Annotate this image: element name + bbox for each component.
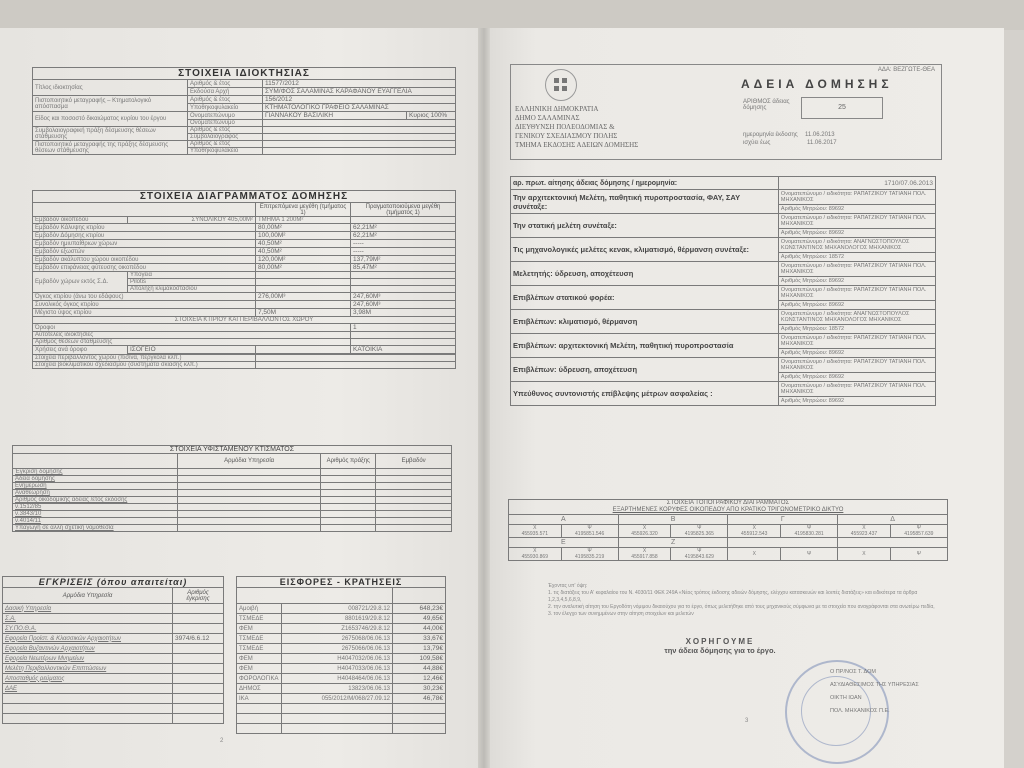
ownership-field-label: Συμβολαιογράφος [188, 134, 263, 141]
existing-cell [321, 497, 376, 504]
contribution-name: ΦΟΡΟΛΟΓΙΚΑ [237, 674, 282, 684]
existing-title: ΣΤΟΙΧΕΙΑ ΥΦΙΣΤΑΜΕΝΟΥ ΚΤΙΣΜΑΤΟΣ [13, 446, 452, 454]
diagram-table: ΣΤΟΙΧΕΙΑ ΔΙΑΓΡΑΜΜΑΤΟΣ ΔΟΜΗΣΗΣ Επιτρεπόμε… [32, 190, 456, 369]
existing-cell [376, 483, 452, 490]
approval-service: Δασική Υπηρεσία [3, 604, 173, 614]
topo-point-name [838, 538, 948, 548]
approval-row: Εφορεία Βυζαντινών Αρχαιοτήτων [3, 644, 224, 654]
engineer-name: Ονοματεπώνυμο / ειδικότητα: ΑΝΑΓΝΩΣΤΟΠΟΥ… [778, 310, 935, 325]
note-item: 3. τον έλεγχο των συνημμένων στην αίτηση… [548, 611, 948, 618]
topo-y: Ψ 4195830.281 [781, 525, 838, 538]
signature-line: ΟΙΚΤΗ ΙΩΑΝ [830, 692, 919, 705]
note-item: 1. τις διατάξεις του Α' κεφαλαίου του Ν.… [548, 590, 948, 604]
contribution-ref [281, 704, 392, 714]
diagram-actual: ----- [351, 248, 456, 256]
approvals-col-service: Αρμόδια Υπηρεσία [3, 588, 173, 604]
engineer-row: Επιβλέπων: κλιματισμό, θέρμανσηΟνοματεπώ… [511, 310, 936, 325]
contribution-amount: 44,00€ [393, 624, 446, 634]
topo-x: Χ [838, 548, 891, 561]
approval-number [173, 694, 224, 704]
ownership-field-label: Αριθμός & έτος [188, 141, 263, 148]
engineer-name: Ονοματεπώνυμο / ειδικότητα: ΡΑΠΑΤΖΙΚΟΥ Τ… [778, 286, 935, 301]
notes-intro: Έχοντας υπ' όψη: [548, 583, 948, 590]
contribution-ref: 2675066/06.06.13 [281, 644, 392, 654]
existing-cell [376, 511, 452, 518]
contribution-amount: 109,58€ [393, 654, 446, 664]
engineer-role: Υπεύθυνος συντονιστής επίβλεψης μέτρων α… [511, 382, 779, 406]
environment-label: Αυτοτελείς ιδιοκτησίες [33, 332, 351, 339]
engineer-name: Ονοματεπώνυμο / ειδικότητα: ΡΑΠΑΤΖΙΚΟΥ Τ… [778, 262, 935, 277]
diagram-actual: 247,60Μ³ [351, 293, 456, 301]
approval-service: Αποσταθμός ρεύματος [3, 674, 173, 684]
approval-row [3, 704, 224, 714]
existing-cell [178, 518, 321, 525]
environment-value [351, 339, 456, 346]
diagram-allowed: 40,50Μ² [256, 248, 351, 256]
authority-line: ΕΛΛΗΝΙΚΗ ΔΗΜΟΚΡΑΤΙΑ [515, 105, 638, 114]
diagram-label: Όγκος κτιρίου (άνω του εδάφους) [33, 293, 256, 301]
engineer-role: Την στατική μελέτη συνέταξε: [511, 214, 779, 238]
ownership-field-label: Αριθμός & έτος [188, 96, 263, 104]
grant-text: ΧΟΡΗΓΟΥΜΕ την άδεια δόμησης για το έργο. [630, 637, 810, 655]
diagram-actual: 3,98Μ [351, 309, 456, 317]
diagram-label: Εμβαδόν Κάλυψης κτιρίου [33, 224, 256, 232]
existing-cell [321, 504, 376, 511]
diagram-actual: 62,21Μ² [351, 224, 456, 232]
topo-point-name: Β [618, 515, 728, 525]
permit-header: ΕΛΛΗΝΙΚΗ ΔΗΜΟΚΡΑΤΙΑΔΗΜΟ ΣΑΛΑΜΙΝΑΣΔΙΕΥΘΥΝ… [510, 64, 942, 160]
existing-cell [178, 504, 321, 511]
engineer-registry: Αριθμός Μητρώου: 89692 [778, 397, 935, 406]
allowed-empty [256, 279, 351, 286]
engineer-role: Μελετητής: ύδρευση, αποχέτευση [511, 262, 779, 286]
engineer-row: Την αρχιτεκτονική Μελέτη, παθητική πυροπ… [511, 190, 936, 205]
ownership-field-value: ΓΙΑΝΝΑΚΟΥ ΒΑΣΙΛΙΚΗ [263, 112, 407, 120]
approval-number [173, 614, 224, 624]
outside-sd-item: Υπόγεια [128, 272, 256, 279]
col-allowed: Επιτρεπόμενα μεγέθη (τμήματος 1) [256, 203, 351, 217]
approvals-title: ΕΓΚΡΙΣΕΙΣ (όπου απαιτείται) [3, 577, 224, 588]
approval-number: 3974/6.6.12 [173, 634, 224, 644]
engineer-registry: Αριθμός Μητρώου: 89692 [778, 301, 935, 310]
diagram-row: Εμβαδόν εξωστών40,50Μ²----- [33, 248, 456, 256]
contribution-name: ΦΕΜ [237, 654, 282, 664]
engineer-registry: Αριθμός Μητρώου: 18572 [778, 253, 935, 262]
diagram-row: Συνολικός όγκος κτιρίου247,60Μ³ [33, 301, 456, 309]
existing-cell [321, 490, 376, 497]
topo-y: Ψ 4195825.365 [671, 525, 728, 538]
existing-row: Αναθεώρηση [13, 490, 452, 497]
existing-cell [376, 497, 452, 504]
topo-x: Χ [728, 548, 781, 561]
contribution-row: ΤΣΜΕΔΕ8801619/29.8.1249,65€ [237, 614, 446, 624]
ownership-row: Είδος και ποσοστό δικαιώματος κυρίου του… [33, 112, 456, 120]
ownership-field-label: Ονοματεπώνυμο [188, 120, 263, 127]
approval-service: Εφορεία Βυζαντινών Αρχαιοτήτων [3, 644, 173, 654]
existing-label: Άδεια δόμησης [13, 476, 178, 483]
existing-cell [376, 504, 452, 511]
contribution-name: ΤΣΜΕΔΕ [237, 634, 282, 644]
engineer-row: Τις μηχανολογικές μελέτες κενακ, κλιματι… [511, 238, 936, 253]
existing-cell [321, 483, 376, 490]
ada-code: ΑΔΑ: ΒΕΖΓΩΤΕ-ΘΕΑ [878, 67, 935, 73]
use-floor: ΙΣΟΓΕΙΟ [128, 346, 256, 354]
outside-sd-item: Pilotis [128, 279, 256, 286]
engineer-name: Ονοματεπώνυμο / ειδικότητα: ΡΑΠΑΤΖΙΚΟΥ Τ… [778, 190, 935, 205]
valid-date: 11.06.2017 [807, 140, 837, 146]
diagram-label: Εμβαδόν Δόμησης κτιρίου [33, 232, 256, 240]
approval-row: Μελέτη Περιβαλλοντικών Επιπτώσεων [3, 664, 224, 674]
existing-cell [376, 476, 452, 483]
ownership-field-label: Υποθηκοφυλακείο [188, 148, 263, 155]
contribution-name: ΦΕΜ [237, 664, 282, 674]
engineer-row: Υπεύθυνος συντονιστής επίβλεψης μέτρων α… [511, 382, 936, 397]
ownership-row: Συμβολαιογραφική πράξη δέσμευσης θέσεων … [33, 127, 456, 134]
issuing-authority: ΕΛΛΗΝΙΚΗ ΔΗΜΟΚΡΑΤΙΑΔΗΜΟ ΣΑΛΑΜΙΝΑΣΔΙΕΥΘΥΝ… [515, 105, 638, 150]
engineer-role: Την αρχιτεκτονική Μελέτη, παθητική πυροπ… [511, 190, 779, 214]
greek-emblem-icon [545, 69, 577, 101]
outside-sd-item: Απόληξη κλιμακοστασίου [128, 286, 256, 293]
engineer-name: Ονοματεπώνυμο / ειδικότητα: ΡΑΠΑΤΖΙΚΟΥ Τ… [778, 214, 935, 229]
diagram-label: Μέγιστο ύψος κτιρίου [33, 309, 256, 317]
existing-cell [376, 525, 452, 532]
existing-row: ν.1512/85 [13, 504, 452, 511]
ownership-label: Συμβολαιογραφική πράξη δέσμευσης θέσεων … [33, 127, 188, 141]
existing-cell [321, 511, 376, 518]
ownership-field-label: Εκδούσα Αρχή [188, 88, 263, 96]
engineers-table: αρ. πρωτ. αίτησης άδειας δόμησης / ημερο… [510, 176, 936, 406]
topo-y: Ψ 4195843.629 [671, 548, 728, 561]
diagram-allowed [256, 301, 351, 309]
approval-service: Σ.Α. [3, 614, 173, 624]
contribution-ref [281, 724, 392, 734]
engineer-name: Ονοματεπώνυμο / ειδικότητα: ΡΑΠΑΤΖΙΚΟΥ Τ… [778, 358, 935, 373]
approval-row: Σ.Α. [3, 614, 224, 624]
environment-row: Αυτοτελείς ιδιοκτησίες [33, 332, 456, 339]
signature-block: Ο ΠΡ/ΝΟΣ Τ. ΔΟΜΑΣΥΔΙΑΘΕΣΙΜΟΣ ΤΗΣ ΥΠΗΡΕΣΙ… [830, 666, 919, 718]
contribution-name: ΔΗΜΟΣ [237, 684, 282, 694]
environment-note: Στοιχεία βιοκλιματικού σχεδιασμού (συστή… [33, 362, 256, 369]
engineer-registry: Αριθμός Μητρώου: 89692 [778, 277, 935, 286]
approval-row [3, 714, 224, 724]
diagram-row: Μέγιστο ύψος κτιρίου7,50Μ3,98Μ [33, 309, 456, 317]
permit-number-label: ΑΡΙΘΜΟΣ άδειας δόμησης [743, 99, 795, 111]
diagram-outside-row: Εμβαδόν χώρων εκτός Σ.Δ.Υπόγεια [33, 272, 456, 279]
grant-title: ΧΟΡΗΓΟΥΜΕ [630, 637, 810, 646]
existing-label: ν.3843/10 [13, 511, 178, 518]
approval-service [3, 704, 173, 714]
outside-sd-label: Εμβαδόν χώρων εκτός Σ.Δ. [33, 272, 128, 293]
approval-number [173, 704, 224, 714]
contribution-amount [393, 714, 446, 724]
existing-header: Εμβαδόν [376, 454, 452, 469]
environment-note-row: Στοιχεία βιοκλιματικού σχεδιασμού (συστή… [33, 362, 456, 369]
topo-x: Χ 455923.437 [838, 525, 891, 538]
ownership-field-label: Αριθμός & έτος [188, 80, 263, 88]
ownership-field-value: 11577/2012 [263, 80, 456, 88]
existing-cell [178, 497, 321, 504]
topo-point-name: Ζ [618, 538, 728, 548]
approval-service: Μελέτη Περιβαλλοντικών Επιπτώσεων [3, 664, 173, 674]
approval-number [173, 664, 224, 674]
permit-number-box: 25 [801, 97, 883, 119]
contributions-table: ΕΙΣΦΟΡΕΣ - ΚΡΑΤΗΣΕΙΣ Αμοιβή008721/29.8.1… [236, 576, 446, 734]
application-label: αρ. πρωτ. αίτησης άδειας δόμησης / ημερο… [511, 177, 779, 190]
ownership-row: Πιστοποιητικό μεταγραφής της πράξης δέσμ… [33, 141, 456, 148]
ownership-label: Τίτλος ιδιοκτησίας [33, 80, 188, 96]
existing-cell [178, 483, 321, 490]
ownership-title: ΣΤΟΙΧΕΙΑ ΙΔΙΟΚΤΗΣΙΑΣ [33, 68, 456, 80]
signature-line: ΠΟΛ. ΜΗΧΑΝΙΚΟΣ Π.Ε. [830, 705, 919, 718]
contribution-row: Αμοιβή008721/29.8.12648,23€ [237, 604, 446, 614]
topo-x: Χ 455912.543 [728, 525, 781, 538]
approval-service: ΣΥ.ΠΟ.Θ.Α. [3, 624, 173, 634]
topo-point-name: Α [509, 515, 619, 525]
topo-x: Χ 455926.320 [618, 525, 671, 538]
approvals-table: ΕΓΚΡΙΣΕΙΣ (όπου απαιτείται) Αρμόδια Υπηρ… [2, 576, 224, 724]
note-value [256, 362, 456, 369]
engineer-registry: Αριθμός Μητρώου: 89692 [778, 229, 935, 238]
col-actual: Πραγματοποιούμενα μεγέθη (τμήματος 1) [351, 203, 456, 217]
approval-number [173, 714, 224, 724]
actual-empty [351, 286, 456, 293]
approval-row: Αποσταθμός ρεύματος [3, 674, 224, 684]
environment-label: Αριθμός θέσεων στάθμευσης [33, 339, 351, 346]
contribution-ref: 008721/29.8.12 [281, 604, 392, 614]
diagram-label: Συνολικός όγκος κτιρίου [33, 301, 256, 309]
topo-y: Ψ 4195857.639 [890, 525, 947, 538]
topo-point-name: Δ [838, 515, 948, 525]
contribution-name [237, 704, 282, 714]
existing-row: Ενημέρωση [13, 483, 452, 490]
issue-date-label: ημερομηνία έκδοσης [743, 131, 805, 139]
approval-row: ΣΥ.ΠΟ.Θ.Α. [3, 624, 224, 634]
diagram-row: Εμβαδόν Δόμησης κτιρίου100,00Μ²62,21Μ² [33, 232, 456, 240]
signature-line: Ο ΠΡ/ΝΟΣ Τ. ΔΟΜ [830, 666, 919, 679]
diagram-row: Εμβαδόν ακάλυπτου χώρου οικοπέδου120,00Μ… [33, 256, 456, 264]
contribution-amount: 49,65€ [393, 614, 446, 624]
diagram-row: Όγκος κτιρίου (άνω του εδάφους)276,00Μ³2… [33, 293, 456, 301]
existing-cell [178, 476, 321, 483]
topo-x: Χ 455917.858 [618, 548, 671, 561]
diagram-allowed: 100,00Μ² [256, 232, 351, 240]
environment-row: Αριθμός θέσεων στάθμευσης [33, 339, 456, 346]
existing-cell [178, 525, 321, 532]
engineer-name: Ονοματεπώνυμο / ειδικότητα: ΡΑΠΑΤΖΙΚΟΥ Τ… [778, 382, 935, 397]
valid-date-label: ισχύει έως [743, 139, 807, 147]
existing-header: Αρμόδια Υπηρεσία [178, 454, 321, 469]
ownership-field-value [263, 141, 456, 148]
existing-row: Υπαγωγή σε άλλη σχετική νομοθεσία [13, 525, 452, 532]
plot-area-section: ΤΜΗΜΑ 1 200Μ² [256, 217, 351, 224]
contribution-name: ΙΚΑ [237, 694, 282, 704]
permit-number: 25 [838, 104, 846, 111]
authority-line: ΔΙΕΥΘΥΝΣΗ ΠΟΛΕΟΔΟΜΙΑΣ & [515, 123, 638, 132]
plot-area-label: Εμβαδόν οικοπέδου [33, 217, 128, 224]
diagram-allowed: 276,00Μ³ [256, 293, 351, 301]
diagram-label: Εμβαδόν ακάλυπτου χώρου οικοπέδου [33, 256, 256, 264]
signature-line: ΑΣΥΔΙΑΘΕΣΙΜΟΣ ΤΗΣ ΥΠΗΡΕΣΙΑΣ [830, 679, 919, 692]
authority-line: ΤΜΗΜΑ ΕΚΔΟΣΗΣ ΑΔΕΙΩΝ ΔΟΜΗΣΗΣ [515, 141, 638, 150]
page-number-left: 2 [220, 738, 223, 744]
contribution-amount: 30,23€ [393, 684, 446, 694]
environment-note: Στοιχεία περιβάλλοντος χώρου (πισίνα, πέ… [33, 355, 256, 362]
existing-row: ν.3843/10 [13, 511, 452, 518]
existing-row: Αριθμός οικοδομικής άδειας /έτος έκδοσης [13, 497, 452, 504]
diagram-actual: 85,47Μ² [351, 264, 456, 272]
diagram-actual: ----- [351, 240, 456, 248]
topo-point-name [728, 538, 838, 548]
contribution-amount: 12,46€ [393, 674, 446, 684]
existing-cell [178, 490, 321, 497]
permit-title: ΑΔΕΙΑ ΔΟΜΗΣΗΣ [741, 77, 893, 91]
topo-y: Ψ [781, 548, 838, 561]
contribution-row: ΤΣΜΕΔΕ2675068/06.06.1333,67€ [237, 634, 446, 644]
ownership-field-value: 156/2012 [263, 96, 456, 104]
contribution-amount: 44,88€ [393, 664, 446, 674]
ownership-row: Πιστοποιητικό μεταγραφής – Κτηματολογικό… [33, 96, 456, 104]
contribution-amount: 13,79€ [393, 644, 446, 654]
contribution-ref: 2675068/06.06.13 [281, 634, 392, 644]
contribution-ref: Η4047032/06.06.13 [281, 654, 392, 664]
contribution-ref: 055/2012/Μ/068/27.09.12 [281, 694, 392, 704]
engineer-row: Επιβλέπων: ύδρευση, αποχέτευσηΟνοματεπών… [511, 358, 936, 373]
diagram-allowed: 80,00Μ² [256, 264, 351, 272]
contributions-title: ΕΙΣΦΟΡΕΣ - ΚΡΑΤΗΣΕΙΣ [237, 577, 446, 588]
contribution-amount: 46,78€ [393, 694, 446, 704]
grant-subtitle: την άδεια δόμησης για το έργο. [630, 646, 810, 655]
diagram-allowed: 80,00Μ² [256, 224, 351, 232]
engineer-row: Επιβλέπων στατικού φορέα:Ονοματεπώνυμο /… [511, 286, 936, 301]
contribution-amount: 33,67€ [393, 634, 446, 644]
approval-number [173, 604, 224, 614]
existing-label: ν.4014/11 [13, 518, 178, 525]
background [0, 0, 1024, 30]
contribution-row: ΦΟΡΟΛΟΓΙΚΑΗ4048464/06.06.1312,46€ [237, 674, 446, 684]
legal-notes: Έχοντας υπ' όψη: 1. τις διατάξεις του Α'… [548, 583, 948, 618]
diagram-row: Εμβαδόν Κάλυψης κτιρίου80,00Μ²62,21Μ² [33, 224, 456, 232]
engineer-role: Επιβλέπων στατικού φορέα: [511, 286, 779, 310]
contribution-name: ΦΕΜ [237, 624, 282, 634]
environment-row: Όροφοι1 [33, 324, 456, 332]
ownership-field-value: ΣΥΜ/ΦΟΣ ΣΑΛΑΜΙΝΑΣ ΚΑΡΑΦΑΝΟΥ ΕΥΑΓΓΕΛΙΑ [263, 88, 456, 96]
contribution-ref: 13823/06.06.13 [281, 684, 392, 694]
actual-empty [351, 279, 456, 286]
contribution-amount: 648,23€ [393, 604, 446, 614]
contribution-ref: 8801619/29.8.12 [281, 614, 392, 624]
engineer-registry: Αριθμός Μητρώου: 89692 [778, 205, 935, 214]
ownership-field-value [263, 120, 456, 127]
diagram-row: Εμβαδόν ημιυπαίθριων χώρων40,50Μ²----- [33, 240, 456, 248]
existing-label: Υπαγωγή σε άλλη σχετική νομοθεσία [13, 525, 178, 532]
engineer-role: Επιβλέπων: αρχιτεκτονική Μελέτη, παθητικ… [511, 334, 779, 358]
topo-y: Ψ 4195835.219 [561, 548, 618, 561]
diagram-label: Εμβαδόν ημιυπαίθριων χώρων [33, 240, 256, 248]
engineer-role: Επιβλέπων: κλιματισμό, θέρμανση [511, 310, 779, 334]
engineer-registry: Αριθμός Μητρώου: 89692 [778, 373, 935, 382]
environment-value [351, 332, 456, 339]
environment-title: ΣΤΟΙΧΕΙΑ ΚΤΙΡΙΟΥ ΚΑΙ ΠΕΡΙΒΑΛΛΟΝΤΟΣ ΧΩΡΟΥ [33, 317, 456, 324]
approval-service: Εφορεία Νεωτέρων Μνημείων [3, 654, 173, 664]
existing-cell [178, 511, 321, 518]
approval-service: Εφορεία Προϊστ. & Κλασσικών Αρχαιοτήτων [3, 634, 173, 644]
page-number-right: 3 [745, 718, 748, 724]
existing-cell [321, 525, 376, 532]
plot-area-total: ΣΥΝΟΛΙΚΟΥ 405,00Μ² [128, 217, 256, 224]
approval-row: Δασική Υπηρεσία [3, 604, 224, 614]
contribution-amount [393, 724, 446, 734]
topographic-table: ΣΤΟΙΧΕΙΑ ΤΟΠΟΓΡΑΦΙΚΟΥ ΔΙΑΓΡΑΜΜΑΤΟΣ ΕΞΑΡΤ… [508, 499, 948, 561]
contribution-amount [393, 704, 446, 714]
use-value: ΚΑΤΟΙΚΙΑ [351, 346, 456, 354]
approval-number [173, 644, 224, 654]
ownership-share: Κυριος 100% [407, 112, 456, 120]
contribution-row: ΦΕΜΗ4047033/06.06.1344,88€ [237, 664, 446, 674]
topo-title: ΣΤΟΙΧΕΙΑ ΤΟΠΟΓΡΑΦΙΚΟΥ ΔΙΑΓΡΑΜΜΑΤΟΣ [511, 500, 945, 507]
ownership-field-label: Αριθμός & έτος [188, 127, 263, 134]
engineer-row: Επιβλέπων: αρχιτεκτονική Μελέτη, παθητικ… [511, 334, 936, 349]
ownership-field-value [263, 148, 456, 155]
contribution-row [237, 724, 446, 734]
ownership-field-value [263, 127, 456, 134]
approval-row: Εφορεία Νεωτέρων Μνημείων [3, 654, 224, 664]
diagram-allowed: 40,50Μ² [256, 240, 351, 248]
contribution-ref: Ζ1653746/29.8.12 [281, 624, 392, 634]
contribution-ref: Η4047033/06.06.13 [281, 664, 392, 674]
approval-number [173, 674, 224, 684]
engineer-registry: Αριθμός Μητρώου: 89692 [778, 349, 935, 358]
environment-label: Όροφοι [33, 324, 351, 332]
ownership-table: ΣΤΟΙΧΕΙΑ ΙΔΙΟΚΤΗΣΙΑΣ Τίτλος ιδιοκτησίαςΑ… [32, 67, 456, 155]
contribution-name [237, 714, 282, 724]
approval-row: Εφορεία Προϊστ. & Κλασσικών Αρχαιοτήτων3… [3, 634, 224, 644]
authority-line: ΔΗΜΟ ΣΑΛΑΜΙΝΑΣ [515, 114, 638, 123]
environment-value: 1 [351, 324, 456, 332]
existing-cell [321, 476, 376, 483]
approval-service [3, 694, 173, 704]
existing-label: Ενημέρωση [13, 483, 178, 490]
existing-label: ν.1512/85 [13, 504, 178, 511]
contribution-name: ΤΣΜΕΔΕ [237, 644, 282, 654]
approval-row [3, 694, 224, 704]
contribution-name: ΤΣΜΕΔΕ [237, 614, 282, 624]
diagram-row: Εμβαδόν επιφάνειας φύτευσης οικοπέδου80,… [33, 264, 456, 272]
topo-y: Ψ 4195851.546 [561, 525, 618, 538]
ownership-field-value: ΚΤΗΜΑΤΟΛΟΓΙΚΟ ΓΡΑΦΕΙΟ ΣΑΛΑΜΙΝΑΣ [263, 104, 456, 112]
existing-cell [321, 469, 376, 476]
diagram-label: Εμβαδόν εξωστών [33, 248, 256, 256]
issue-date: 11.06.2013 [805, 132, 835, 138]
diagram-actual: 247,60Μ³ [351, 301, 456, 309]
contribution-row: ΤΣΜΕΔΕ2675066/06.06.1313,79€ [237, 644, 446, 654]
existing-cell [376, 518, 452, 525]
existing-label: Αριθμός οικοδομικής άδειας /έτος έκδοσης [13, 497, 178, 504]
engineer-role: Τις μηχανολογικές μελέτες κενακ, κλιματι… [511, 238, 779, 262]
existing-cell [178, 469, 321, 476]
engineer-registry: Αριθμός Μητρώου: 18572 [778, 325, 935, 334]
ownership-label: Είδος και ποσοστό δικαιώματος κυρίου του… [33, 112, 188, 127]
diagram-title: ΣΤΟΙΧΕΙΑ ΔΙΑΓΡΑΜΜΑΤΟΣ ΔΟΜΗΣΗΣ [33, 191, 456, 203]
contribution-name [237, 724, 282, 734]
ownership-field-label: Ονοματεπώνυμο [188, 112, 263, 120]
engineer-name: Ονοματεπώνυμο / ειδικότητα: ΑΝΑΓΝΩΣΤΟΠΟΥ… [778, 238, 935, 253]
actual-empty [351, 272, 456, 279]
diagram-actual: 137,79Μ² [351, 256, 456, 264]
existing-cell [321, 518, 376, 525]
engineer-name: Ονοματεπώνυμο / ειδικότητα: ΡΑΠΑΤΖΙΚΟΥ Τ… [778, 334, 935, 349]
approval-service [3, 714, 173, 724]
existing-header: Αριθμός πράξης [321, 454, 376, 469]
